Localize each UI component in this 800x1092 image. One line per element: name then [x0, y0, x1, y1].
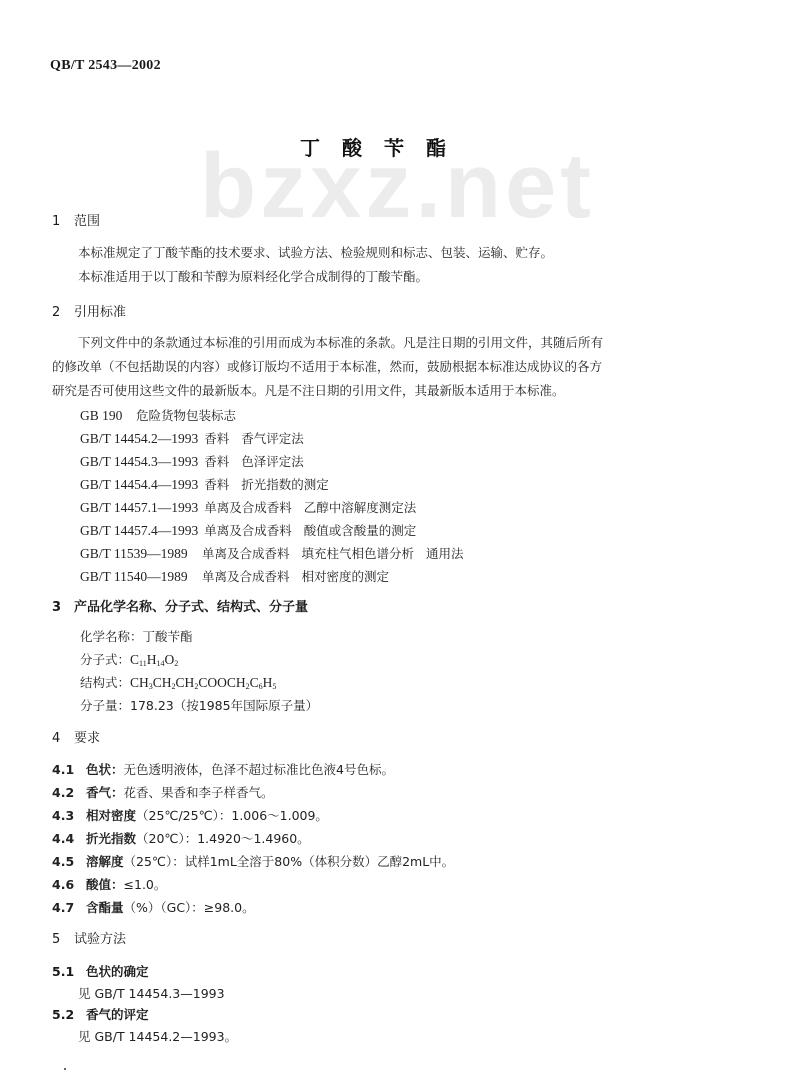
reference-subject: 填充柱气相色谱分析	[302, 546, 415, 561]
section-title: 试验方法	[74, 932, 126, 947]
scope-para-2: 本标准适用于以丁酸和苄醇为原料经化学合成制得的丁酸苄酯。	[78, 267, 428, 285]
item-label: 酸值：	[86, 877, 124, 892]
chemical-name-label: 化学名称：	[80, 629, 143, 644]
references-para-line-2: 的修改单（不包括勘误的内容）或修订版均不适用于本标准，然而，鼓励根据本标准达成协…	[52, 357, 602, 375]
subsection-title: 香气的评定	[86, 1007, 149, 1022]
section-title: 范围	[74, 214, 100, 229]
section-title: 产品化学名称、分子式、结构式、分子量	[74, 600, 308, 615]
item-text: 花香、果香和李子样香气。	[124, 785, 274, 800]
item-text: （25℃）：试样1mL全溶于80%（体积分数）乙醇2mL中。	[124, 854, 455, 869]
reference-item: GB/T 14454.3—1993香料色泽评定法	[80, 452, 304, 470]
reference-category: 单离及合成香料	[202, 546, 290, 561]
reference-subject: 酸值或含酸量的测定	[304, 523, 417, 538]
reference-subject: 折光指数的测定	[241, 477, 329, 492]
item-number: 4.6	[52, 877, 86, 892]
requirement-item: 4.4折光指数（20℃）：1.4920～1.4960。	[52, 829, 310, 847]
molecular-formula-value: C11H14O2	[130, 652, 178, 667]
subsection-number: 5.2	[52, 1007, 86, 1022]
reference-item: GB/T 14457.4—1993单离及合成香料酸值或含酸量的测定	[80, 521, 416, 539]
requirement-item: 4.6酸值：≤1.0。	[52, 875, 166, 893]
molecular-formula-label: 分子式：	[80, 652, 130, 667]
references-para-line-1: 下列文件中的条款通过本标准的引用而成为本标准的条款。凡是注日期的引用文件，其随后…	[78, 333, 603, 351]
section-number: 5	[52, 932, 74, 947]
reference-item: GB 190危险货物包装标志	[80, 406, 236, 424]
subsection-5-2-heading: 5.2香气的评定	[52, 1005, 149, 1023]
reference-item: GB/T 11539—1989单离及合成香料填充柱气相色谱分析通用法	[80, 544, 464, 562]
subsection-5-1-heading: 5.1色状的确定	[52, 962, 149, 980]
item-number: 4.2	[52, 785, 86, 800]
reference-subject-extra: 通用法	[426, 546, 464, 561]
reference-category: 香料	[204, 431, 229, 446]
section-number: 3	[52, 600, 74, 615]
page-title: 丁酸苄酯	[300, 132, 468, 161]
reference-category: 香料	[204, 477, 229, 492]
item-number: 4.4	[52, 831, 86, 846]
requirement-item: 4.1色状：无色透明液体，色泽不超过标准比色液4号色标。	[52, 760, 394, 778]
molecular-weight-value: 178.23（按1985年国际原子量）	[130, 698, 318, 713]
section-number: 2	[52, 305, 74, 320]
section-number: 4	[52, 731, 74, 746]
molecular-weight-line: 分子量：178.23（按1985年国际原子量）	[80, 696, 318, 714]
reference-code: GB/T 14457.1—1993	[80, 500, 198, 516]
reference-code: GB/T 11540—1989	[80, 569, 196, 585]
section-3-heading: 3产品化学名称、分子式、结构式、分子量	[52, 596, 308, 615]
reference-subject: 乙醇中溶解度测定法	[304, 500, 417, 515]
item-label: 溶解度	[86, 854, 124, 869]
item-text: （%）（GC）：≥98.0。	[124, 900, 255, 915]
item-label: 相对密度	[86, 808, 136, 823]
reference-item: GB/T 11540—1989单离及合成香料相对密度的测定	[80, 567, 389, 585]
requirement-item: 4.5溶解度（25℃）：试样1mL全溶于80%（体积分数）乙醇2mL中。	[52, 852, 454, 870]
reference-item: GB/T 14454.4—1993香料折光指数的测定	[80, 475, 329, 493]
section-5-heading: 5试验方法	[52, 928, 126, 947]
subsection-5-1-text: 见 GB/T 14454.3—1993	[78, 984, 225, 1002]
section-title: 引用标准	[74, 305, 126, 320]
reference-code: GB 190	[80, 408, 130, 424]
item-number: 4.3	[52, 808, 86, 823]
reference-code: GB/T 14457.4—1993	[80, 523, 198, 539]
standard-code: QB/T 2543—2002	[50, 58, 161, 74]
section-number: 1	[52, 214, 74, 229]
item-text: 无色透明液体，色泽不超过标准比色液4号色标。	[124, 762, 394, 777]
reference-code: GB/T 14454.3—1993	[80, 454, 198, 470]
requirement-item: 4.2香气：花香、果香和李子样香气。	[52, 783, 274, 801]
page-mark	[64, 1068, 66, 1070]
reference-category: 单离及合成香料	[204, 500, 292, 515]
chemical-name-line: 化学名称：丁酸苄酯	[80, 627, 193, 645]
requirement-item: 4.7含酯量（%）（GC）：≥98.0。	[52, 898, 255, 916]
structural-formula-value: CH3CH2CH2COOCH2C6H5	[130, 675, 276, 690]
section-1-heading: 1范围	[52, 210, 100, 229]
item-label: 折光指数	[86, 831, 136, 846]
subsection-5-2-text: 见 GB/T 14454.2—1993。	[78, 1027, 237, 1045]
item-text: （25℃/25℃）：1.006～1.009。	[136, 808, 328, 823]
reference-title: 危险货物包装标志	[136, 408, 236, 423]
structural-formula-label: 结构式：	[80, 675, 130, 690]
reference-category: 单离及合成香料	[202, 569, 290, 584]
subsection-number: 5.1	[52, 964, 86, 979]
subsection-title: 色状的确定	[86, 964, 149, 979]
item-label: 香气：	[86, 785, 124, 800]
reference-item: GB/T 14457.1—1993单离及合成香料乙醇中溶解度测定法	[80, 498, 416, 516]
reference-category: 单离及合成香料	[204, 523, 292, 538]
reference-code: GB/T 14454.2—1993	[80, 431, 198, 447]
item-text: （20℃）：1.4920～1.4960。	[136, 831, 310, 846]
item-number: 4.1	[52, 762, 86, 777]
reference-category: 香料	[204, 454, 229, 469]
reference-code: GB/T 14454.4—1993	[80, 477, 198, 493]
item-label: 色状：	[86, 762, 124, 777]
item-number: 4.7	[52, 900, 86, 915]
section-2-heading: 2引用标准	[52, 301, 126, 320]
chemical-name-value: 丁酸苄酯	[143, 629, 193, 644]
molecular-weight-label: 分子量：	[80, 698, 130, 713]
molecular-formula-line: 分子式：C11H14O2	[80, 650, 178, 668]
item-label: 含酯量	[86, 900, 124, 915]
requirement-item: 4.3相对密度（25℃/25℃）：1.006～1.009。	[52, 806, 328, 824]
reference-code: GB/T 11539—1989	[80, 546, 196, 562]
reference-subject: 香气评定法	[241, 431, 304, 446]
section-4-heading: 4要求	[52, 727, 100, 746]
structural-formula-line: 结构式：CH3CH2CH2COOCH2C6H5	[80, 673, 276, 691]
item-text: ≤1.0。	[124, 877, 167, 892]
reference-subject: 相对密度的测定	[302, 569, 390, 584]
scope-para-1: 本标准规定了丁酸苄酯的技术要求、试验方法、检验规则和标志、包装、运输、贮存。	[78, 243, 553, 261]
reference-subject: 色泽评定法	[241, 454, 304, 469]
item-number: 4.5	[52, 854, 86, 869]
reference-item: GB/T 14454.2—1993香料香气评定法	[80, 429, 304, 447]
section-title: 要求	[74, 731, 100, 746]
references-para-line-3: 研究是否可使用这些文件的最新版本。凡是不注日期的引用文件，其最新版本适用于本标准…	[52, 381, 565, 399]
